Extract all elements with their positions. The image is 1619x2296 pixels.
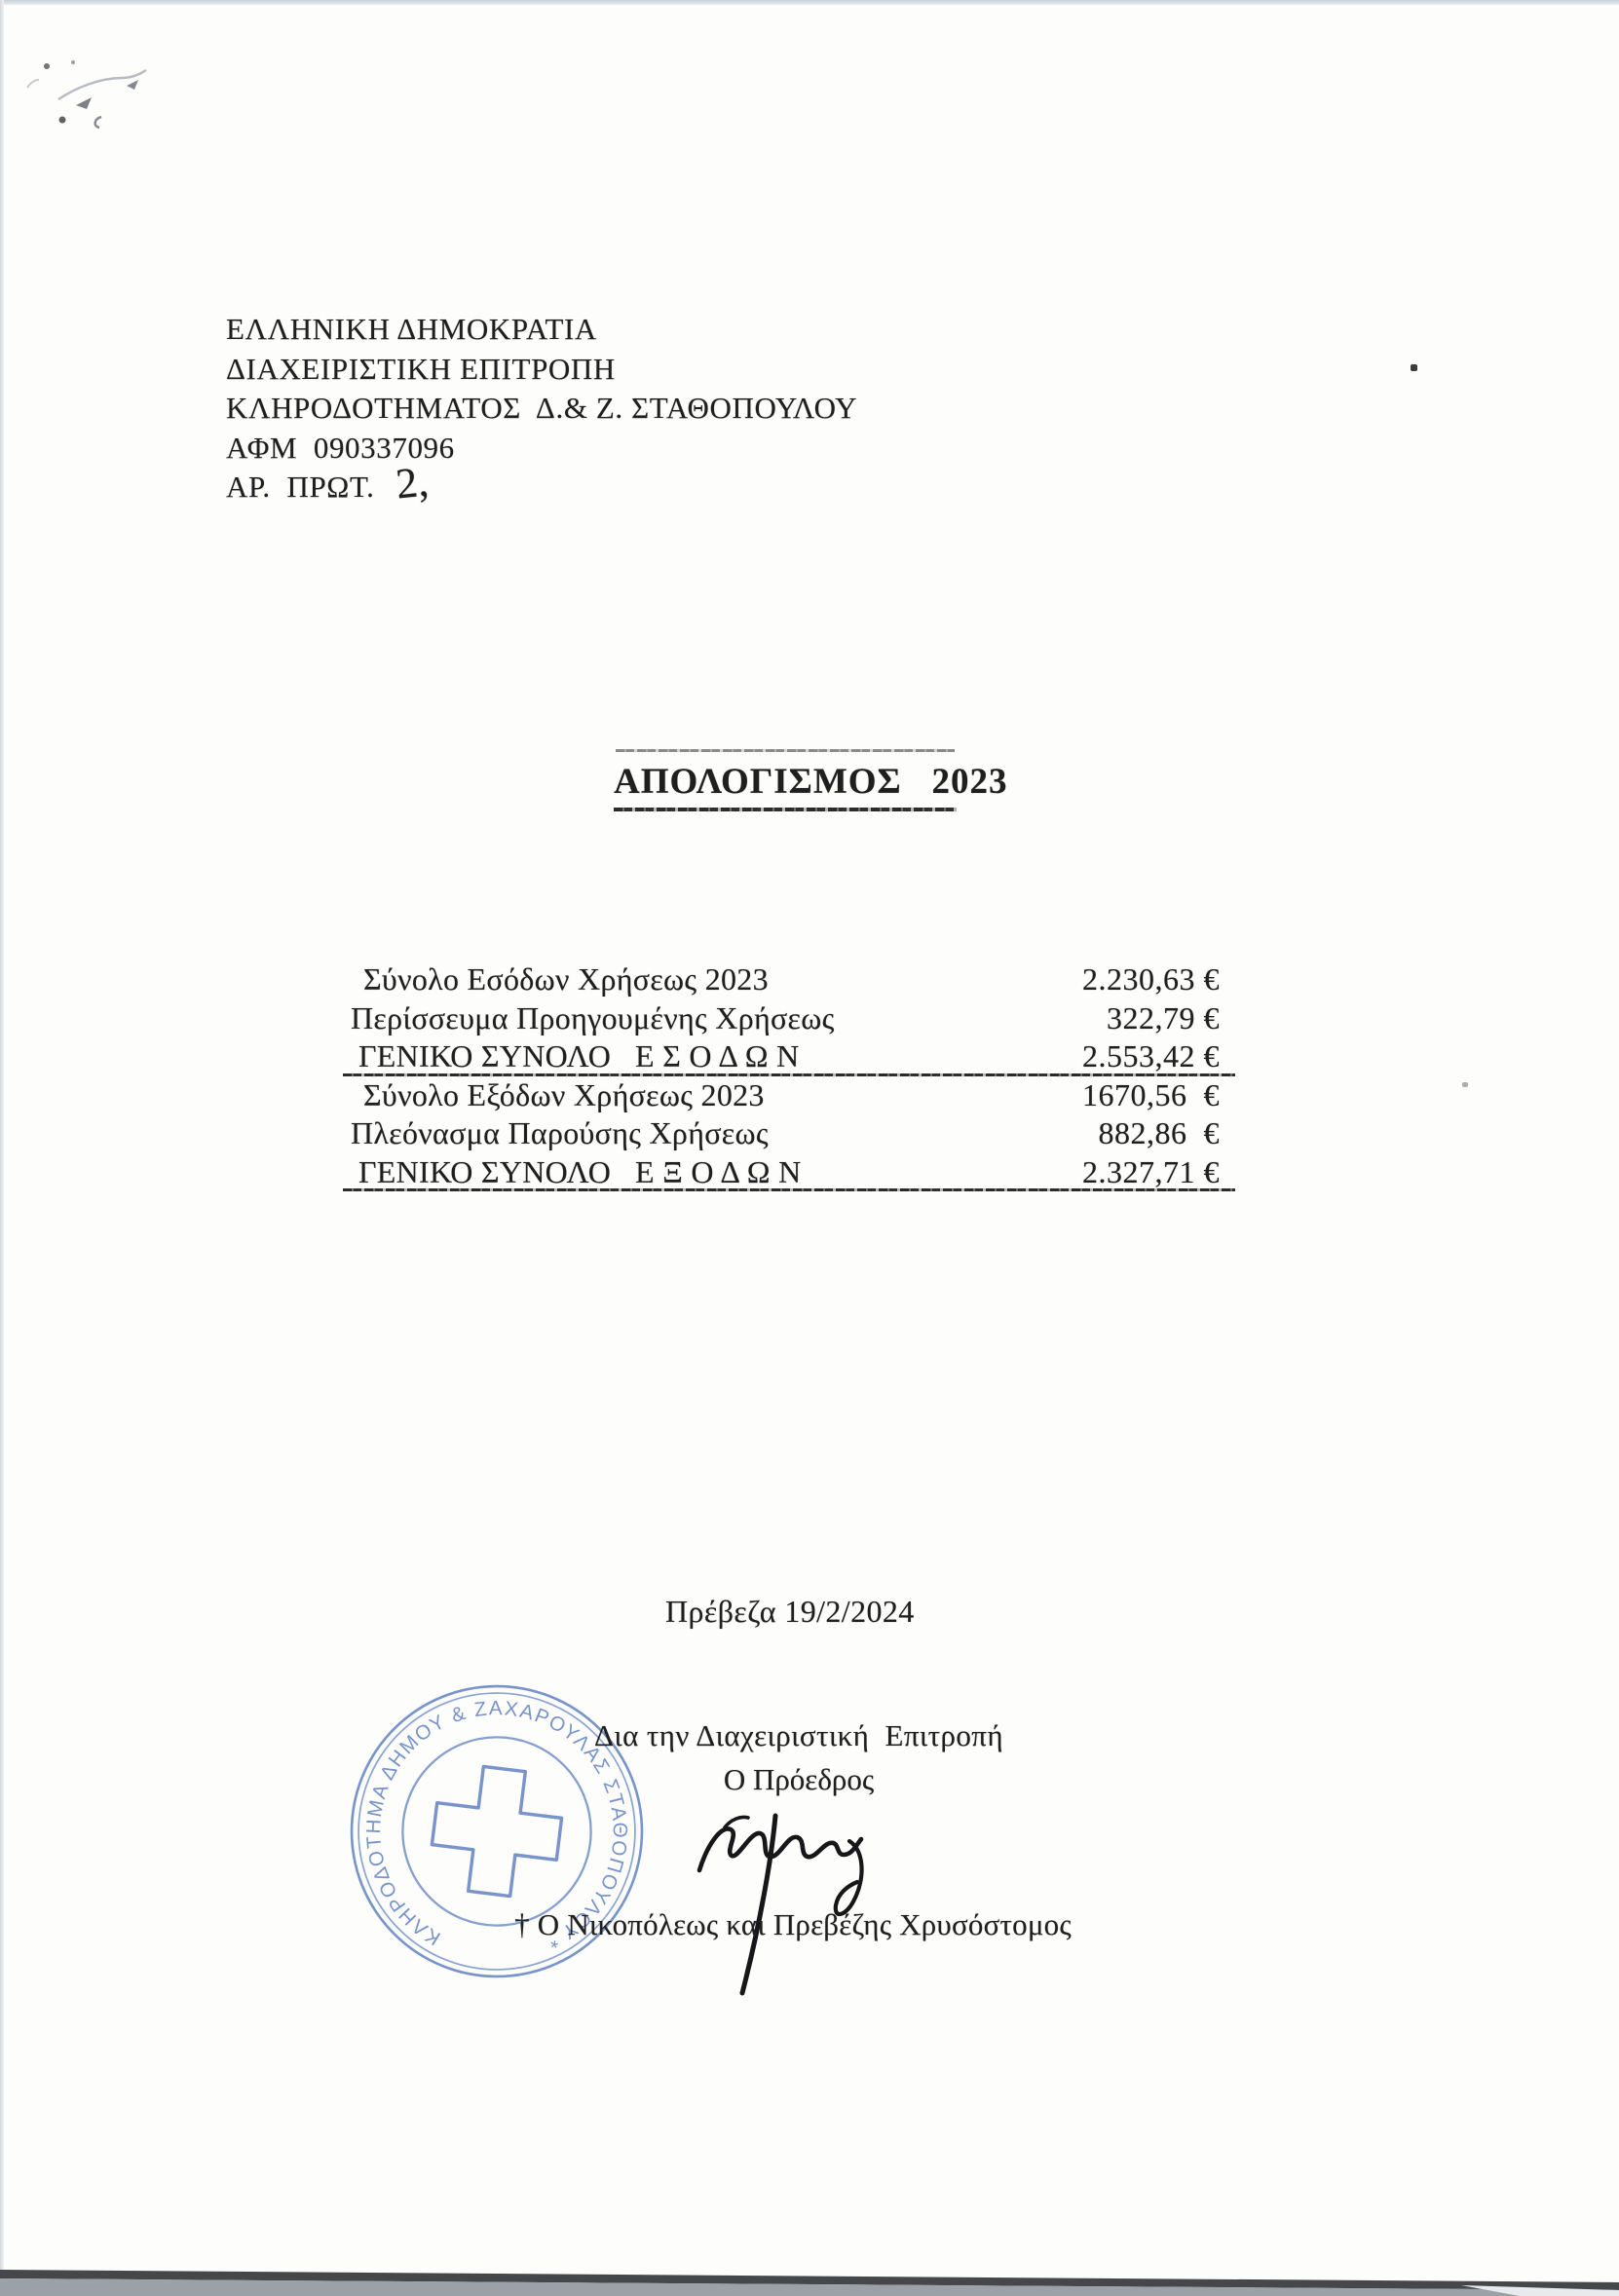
ink-speck (1462, 1082, 1468, 1087)
row-value: 2.230,63 € (1082, 960, 1220, 999)
protocol-line: ΑΡ. ΠΡΩΤ. 2, (226, 468, 857, 508)
row-label: ΓΕΝΙΚΟ ΣΥΝΟΛΟ Ε Ξ Ο Δ Ω Ν (351, 1153, 802, 1192)
page-title: ΑΠΟΛΟΓΙΣΜΟΣ 2023 (614, 761, 957, 803)
signature-committee-line: Δια την Διαχειριστική Επιτροπή (546, 1718, 1052, 1753)
header-line-afm: ΑΦΜ 090337096 (226, 429, 857, 469)
table-row: Σύνολο Εξόδων Χρήσεως 2023 1670,56 € (351, 1076, 1220, 1115)
protocol-label: ΑΡ. ΠΡΩΤ. (226, 468, 375, 508)
header-line-bequest: ΚΛΗΡΟΔΟΤΗΜΑΤΟΣ Δ.& Ζ. ΣΤΑΘΟΠΟΥΛΟΥ (226, 389, 857, 429)
row-label: ΓΕΝΙΚΟ ΣΥΝΟΛΟ Ε Σ Ο Δ Ω Ν (351, 1037, 800, 1076)
row-value: 322,79 € (1107, 999, 1220, 1038)
row-value: 1670,56 € (1082, 1076, 1220, 1115)
row-label: Πλεόνασμα Παρούσης Χρήσεως (351, 1114, 769, 1153)
header-line-country: ΕΛΛΗΝΙΚΗ ΔΗΜΟΚΡΑΤΙΑ (226, 310, 857, 350)
header-line-committee: ΔΙΑΧΕΙΡΙΣΤΙΚΗ ΕΠΙΤΡΟΠΗ (226, 350, 857, 390)
date-line: Πρέβεζα 19/2/2024 (665, 1594, 915, 1630)
financial-summary-table: Σύνολο Εσόδων Χρήσεως 2023 2.230,63 € Πε… (351, 960, 1220, 1191)
table-row-total-income: ΓΕΝΙΚΟ ΣΥΝΟΛΟ Ε Σ Ο Δ Ω Ν 2.553,42 € (351, 1037, 1220, 1076)
agency-header: ΕΛΛΗΝΙΚΗ ΔΗΜΟΚΡΑΤΙΑ ΔΙΑΧΕΙΡΙΣΤΙΚΗ ΕΠΙΤΡΟ… (226, 310, 857, 508)
title-overline (616, 749, 955, 752)
handwritten-protocol-number: 2, (395, 468, 430, 500)
table-row-total-expenses: ΓΕΝΙΚΟ ΣΥΝΟΛΟ Ε Ξ Ο Δ Ω Ν 2.327,71 € (351, 1153, 1220, 1192)
row-label: Σύνολο Εσόδων Χρήσεως 2023 (351, 960, 769, 999)
signature-role-line: Ο Πρόεδρος (546, 1762, 1052, 1797)
table-row: Σύνολο Εσόδων Χρήσεως 2023 2.230,63 € (351, 960, 1220, 999)
row-value: 882,86 € (1099, 1114, 1221, 1153)
ink-speck (1411, 364, 1417, 371)
pencil-marks (18, 27, 203, 154)
title-underline (614, 808, 957, 811)
scan-top-edge (0, 0, 1619, 5)
scan-left-edge (0, 0, 4, 2296)
row-value: 2.327,71 € (1082, 1153, 1220, 1192)
handwritten-signature (670, 1798, 933, 2008)
signatory-name: † Ο Νικοπόλεως και Πρεβέζης Χρυσόστομος (466, 1907, 1120, 1942)
row-value: 2.553,42 € (1082, 1037, 1220, 1076)
row-label: Περίσσευμα Προηγουμένης Χρήσεως (351, 999, 835, 1038)
scanned-document-page: ΕΛΛΗΝΙΚΗ ΔΗΜΟΚΡΑΤΙΑ ΔΙΑΧΕΙΡΙΣΤΙΚΗ ΕΠΙΤΡΟ… (0, 0, 1619, 2296)
table-row: Περίσσευμα Προηγουμένης Χρήσεως 322,79 € (351, 999, 1220, 1038)
table-row: Πλεόνασμα Παρούσης Χρήσεως 882,86 € (351, 1114, 1220, 1153)
row-label: Σύνολο Εξόδων Χρήσεως 2023 (351, 1076, 765, 1115)
